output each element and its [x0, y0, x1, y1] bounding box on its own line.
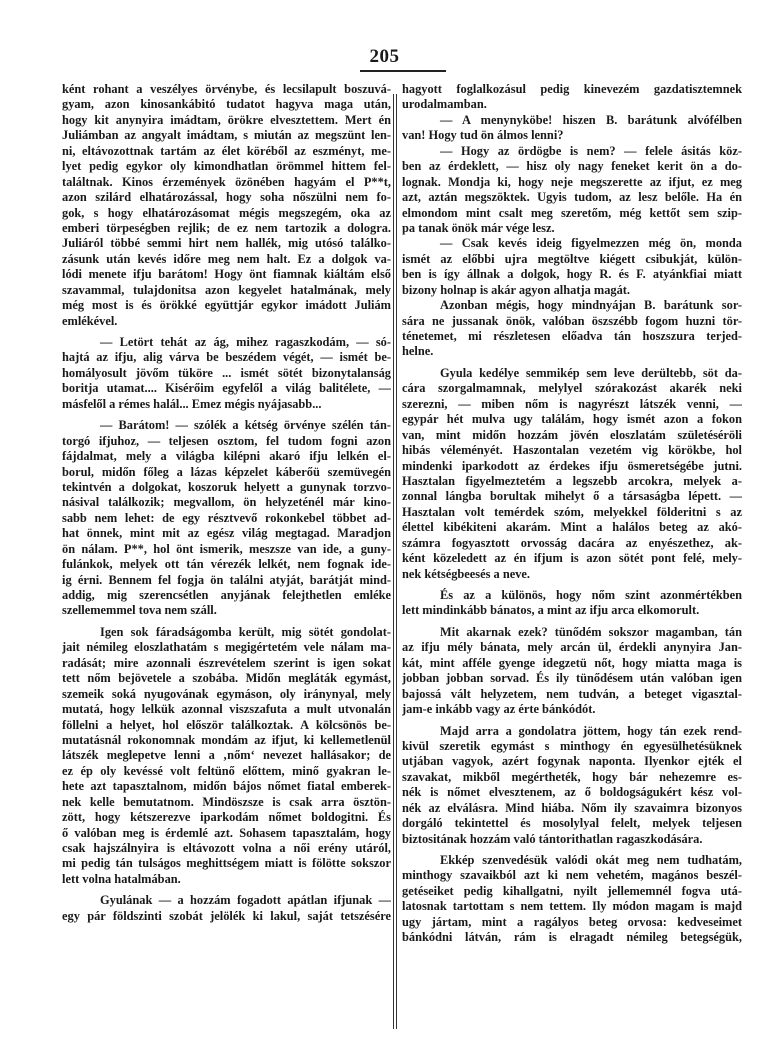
text-line: pa tanak önök már vége lesz. — [402, 221, 742, 236]
text-line: mi pedig tán tulságos meghittségem miatt… — [62, 856, 391, 871]
text-line: szemeik soká nyugovának egymáson, oly ir… — [62, 687, 391, 702]
text-line: nek kétségbeesés a neve. — [402, 567, 742, 582]
text-line: — Hogy az ördögbe is nem? — felele ásitá… — [402, 144, 742, 159]
text-line: helne. — [402, 344, 742, 359]
text-line: egy pár földszinti szobát jelölék ki lak… — [62, 909, 391, 924]
text-line: gyam, azon kinosankábitó tudatot hagyva … — [62, 97, 391, 112]
text-line: boritja utamat.... Kisérőim egyfelől a v… — [62, 381, 391, 396]
text-line: ig érni. Bennem fel fogja ön találni aty… — [62, 573, 391, 588]
text-line: hete azt tapasztalnom, midőn bájos nőmet… — [62, 779, 391, 794]
text-line: És az a különös, hogy nőm szint azonmért… — [402, 588, 742, 603]
text-line: mindenki iparkodott az érdekes ifju ösme… — [402, 459, 742, 474]
text-line: számra fogyasztott orvosság dacára az en… — [402, 536, 742, 551]
text-line: biztositának hozzám való tántorithatlan … — [402, 832, 742, 847]
text-line: találtnak. Kinos érzemények özönében hag… — [62, 175, 391, 190]
text-line: minthogy szavaikból azt ki nem vehetém, … — [402, 868, 742, 883]
column-divider — [393, 94, 397, 1029]
text-line: — Csak kevés ideig figyelmezzen még ön, … — [402, 236, 742, 251]
text-line: urodalmamban. — [402, 97, 742, 112]
text-line: utjában vagyok, azért fogynak naponta. I… — [402, 754, 742, 769]
text-line: ténetemet, mi részletesen előadva tán ho… — [402, 329, 742, 344]
text-line: emlékével. — [62, 314, 391, 329]
text-line: násival találkozik; megvallom, ön helyze… — [62, 495, 391, 510]
text-line: fájdalmat, mely a világba kilépni akaró … — [62, 449, 391, 464]
text-line: bánkódni látván, rám is elragadt némileg… — [402, 930, 742, 945]
text-line: borul, midőn főleg a lázas képzelet kábe… — [62, 465, 391, 480]
text-line: sára ne jussanak önök, valóban öszszébb … — [402, 314, 742, 329]
text-line: tekintvén a dolgokat, koszoruk helyett a… — [62, 480, 391, 495]
text-line: csak hajszálnyira is eltávozott volna a … — [62, 841, 391, 856]
text-line: ismét az előbbi ujra megtöltve kiégett c… — [402, 252, 742, 267]
text-line: Hasztalan figyelmeztetém a legszebb arco… — [402, 474, 742, 489]
text-line: tett nőm bejövetele a szobába. Midőn meg… — [62, 671, 391, 686]
text-line: homályosult jövőm tüköre ... ismét sötét… — [62, 366, 391, 381]
text-line: nék is nőmet elvesztenem, az ő boldogság… — [402, 785, 742, 800]
text-line: — Letört tehát az ág, mihez ragaszkodám,… — [62, 335, 391, 350]
text-line: jait némileg eloszlathatám s megigérteté… — [62, 640, 391, 655]
text-line: Ekkép szenvedésük valódi okát meg nem tu… — [402, 853, 742, 868]
text-line: Juliáról többé semmi hirt nem hallék, mi… — [62, 236, 391, 251]
text-line: ő valóban meg is érdemlé azt. Sohasem ta… — [62, 826, 391, 841]
text-line: hat önnek, mint mit az egész világ megta… — [62, 526, 391, 541]
text-line: nék az elválásra. Mind hiába. Nőm ily sz… — [402, 801, 742, 816]
text-line: lett mindinkább bánatos, a mint az ifju … — [402, 603, 742, 618]
text-line: nek kelle bemutatnom. Mindöszsze is csak… — [62, 795, 391, 810]
text-line: Azonban mégis, hogy mindnyájan B. barátu… — [402, 298, 742, 313]
text-line: hibás véleményét. Haszontalan vezetém vi… — [402, 443, 742, 458]
text-line: Hasztalan volt temérdek szóm, melyekkel … — [402, 505, 742, 520]
left-column: ként rohant a veszélyes örvénybe, és lec… — [62, 82, 391, 924]
text-line: latosnak tartottam s nem tettem. Ily mód… — [402, 899, 742, 914]
text-line: hagyott foglalkozásul pedig kinevezém ga… — [402, 82, 742, 97]
text-line: jam-e inkább vagy az érte bánkódót. — [402, 702, 742, 717]
text-line: ön nálam. P**, hol önt ismerik, meszsze … — [62, 542, 391, 557]
text-line: azt, aztán megszöktek. Ugyis tudom, az l… — [402, 190, 742, 205]
text-line: zonnal lángba borultak mihelyt ő a társa… — [402, 489, 742, 504]
text-line: cára szorgalmamnak, melylyel szórakozást… — [402, 381, 742, 396]
page-number-rule — [360, 70, 446, 72]
text-line: van! Hogy tud ön álmos lenni? — [402, 128, 742, 143]
text-line: mutatásnál rokonomnak mondám az ifjut, k… — [62, 733, 391, 748]
right-column: hagyott foglalkozásul pedig kinevezém ga… — [402, 82, 742, 946]
text-line: hogy kit anynyira imádtam, örökre elvesz… — [62, 113, 391, 128]
text-line: mutatá, hogy lelkük azonnal viszszafuta … — [62, 702, 391, 717]
text-line: zött, hogy kétszerezve iparkodám nőmet b… — [62, 810, 391, 825]
text-line: ez ép oly kevéssé volt feltünő előttem, … — [62, 764, 391, 779]
text-line: — Barátom! — szólék a kétség örvénye szé… — [62, 418, 391, 433]
text-line: még most is és örökké együttjár egykor i… — [62, 298, 391, 313]
text-line: dorgáló tekintettel és mosolylyal felelt… — [402, 816, 742, 831]
text-line: föllelni a helyet, hol először találkozt… — [62, 718, 391, 733]
text-line: elmondom mint csalt meg szeretőm, még ke… — [402, 206, 742, 221]
text-line: lognak. Mondja ki, hogy neje megszerette… — [402, 175, 742, 190]
text-line: lett volna hatalmában. — [62, 872, 391, 887]
text-line: ben az érdeklett, — hisz oly nagy feneke… — [402, 159, 742, 174]
text-line: Gyula kedélye semmikép sem leve derülteb… — [402, 366, 742, 381]
page-number: 205 — [0, 46, 769, 68]
text-line: szavammal, tulajdonitsa azon kegyelet ha… — [62, 283, 391, 298]
text-line: látszék meglepetve lenni a ‚nőm‘ nevezet… — [62, 748, 391, 763]
text-line: getéseiket pedig kihallgatni, nyilt jell… — [402, 884, 742, 899]
text-line: radását; mire azonnali észrevételem szer… — [62, 656, 391, 671]
text-line: másfelől a rémes halál... Emez mégis nyá… — [62, 397, 391, 412]
text-line: Majd arra a gondolatra jöttem, hogy tán … — [402, 724, 742, 739]
text-line: jobban jobban sorvad. És ily tünődésem u… — [402, 671, 742, 686]
text-line: zásunk után kevés időre meg nem halt. Ez… — [62, 252, 391, 267]
text-line: bizony holnap is akár agyon alhatja magá… — [402, 283, 742, 298]
text-line: lyet pedig egykor oly kimondhatlan örömm… — [62, 159, 391, 174]
text-line: Mit akarnak ezek? tünődém sokszor magamb… — [402, 625, 742, 640]
text-line: addig, mig szerencsétlen anyjának felejt… — [62, 588, 391, 603]
text-line: kivül szeretik egymást s minthogy én egy… — [402, 739, 742, 754]
text-line: ben is így állnak a dolgok, hogy R. és F… — [402, 267, 742, 282]
text-line: szerezni, — miben nőm is nagyrészt látsz… — [402, 397, 742, 412]
text-line: Gyulának — a hozzám fogadott apátlan ifj… — [62, 893, 391, 908]
text-line: egypár hét mulva ugy találám, hogy ismét… — [402, 412, 742, 427]
text-line: gok, s hogy elhatározásomat mégis megsze… — [62, 206, 391, 221]
text-line: Juliámban az angyalt imádtam, s miután a… — [62, 128, 391, 143]
text-line: szavakat, mikből megértheték, hogy bár n… — [402, 770, 742, 785]
text-line: van, mint midőn hozzám jövén eloszlatám … — [402, 428, 742, 443]
text-line: az ifju mély bánata, mely arcán ül, érde… — [402, 640, 742, 655]
text-line: azon szilárd elhatározással, hogy soha n… — [62, 190, 391, 205]
text-line: bajossá vált helyzetem, nem tudván, a be… — [402, 687, 742, 702]
text-line: emberi törpeségben rejlik; de ez nem tar… — [62, 221, 391, 236]
text-line: szellememmel tova nem száll. — [62, 603, 391, 618]
text-line: sabb nem lehet: de egy résztvevő rokonke… — [62, 511, 391, 526]
text-line: kát, mint afféle gyenge idegzetü nőt, ho… — [402, 656, 742, 671]
text-line: — A menynyköbe! hiszen B. barátunk alvóf… — [402, 113, 742, 128]
text-line: hajtá az ifju, alig várva be beszédem vé… — [62, 350, 391, 365]
text-line: ként rohant a veszélyes örvénybe, és lec… — [62, 82, 391, 97]
text-line: fulánkok, melyek ott tán vérezék lelkét,… — [62, 557, 391, 572]
text-line: ni, eltávozottnak tartám az élet köréből… — [62, 144, 391, 159]
text-line: lódi menete ifju barátom! Hogy önt fiamn… — [62, 267, 391, 282]
text-line: torgó ifjuhoz, — teljesen osztom, fel tu… — [62, 434, 391, 449]
text-line: Igen sok fáradságomba került, mig sötét … — [62, 625, 391, 640]
text-line: élettel kibékiteni akarám. Mint a halálo… — [402, 520, 742, 535]
text-line: ugy jártam, mint a ragályos beteg orvosa… — [402, 915, 742, 930]
text-line: ként közeledett az én ifjum is azon söté… — [402, 551, 742, 566]
